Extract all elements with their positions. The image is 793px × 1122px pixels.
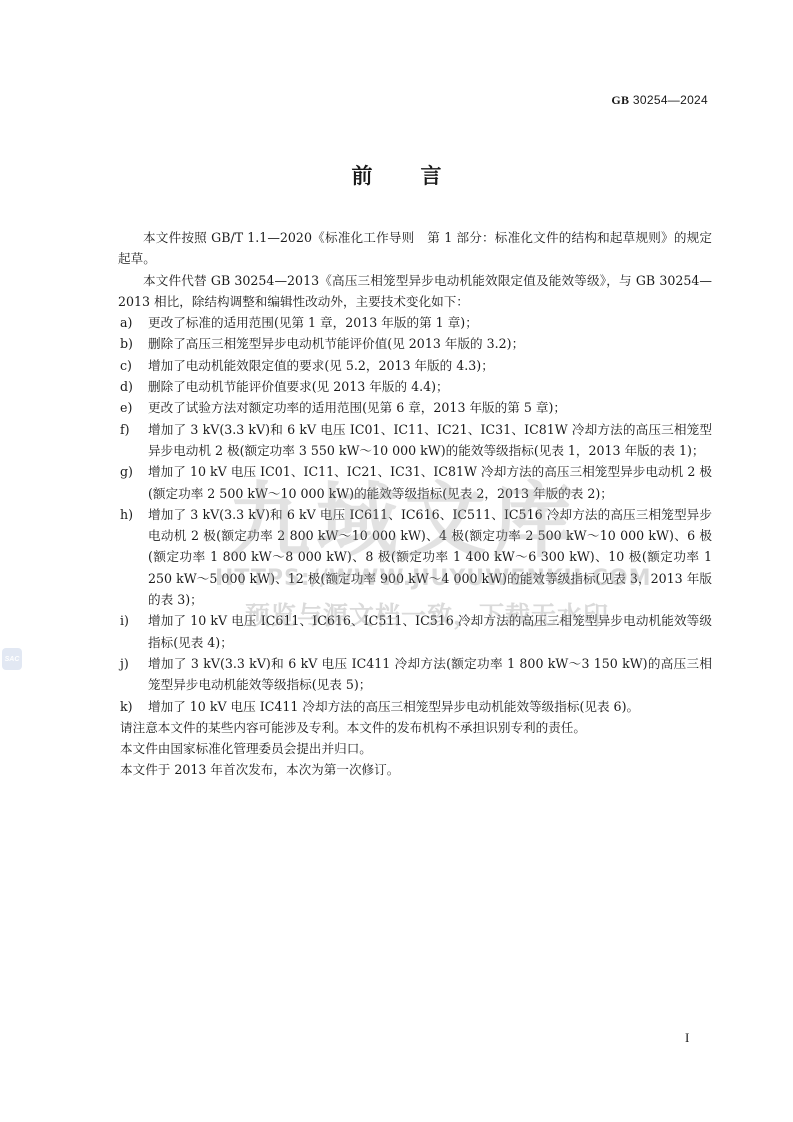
list-item: c) 增加了电动机能效限定值的要求(见 5.2，2013 年版的 4.3)； — [118, 355, 712, 376]
list-item: d) 删除了电动机节能评价值要求(见 2013 年版的 4.4)； — [118, 376, 712, 397]
standard-prefix: GB — [611, 93, 629, 107]
standard-number: 30254—2024 — [633, 93, 708, 107]
list-item: h) 增加了 3 kV(3.3 kV)和 6 kV 电压 IC611、IC616… — [118, 504, 712, 610]
proposer-statement: 本文件由国家标准化管理委员会提出并归口。 — [118, 738, 712, 759]
list-item: i) 增加了 10 kV 电压 IC611、IC616、IC511、IC516 … — [118, 610, 712, 653]
list-text: 增加了 10 kV 电压 IC611、IC616、IC511、IC516 冷却方… — [148, 610, 712, 653]
sac-logo-icon: SAC — [2, 648, 22, 670]
publication-history: 本文件于 2013 年首次发布，本次为第一次修订。 — [118, 759, 712, 780]
list-item: j) 增加了 3 kV(3.3 kV)和 6 kV 电压 IC411 冷却方法(… — [118, 653, 712, 696]
list-marker: d) — [118, 376, 148, 397]
patent-notice: 请注意本文件的某些内容可能涉及专利。本文件的发布机构不承担识别专利的责任。 — [118, 717, 712, 738]
list-marker: i) — [118, 610, 148, 653]
page-number: I — [685, 1030, 689, 1046]
standard-number-header: GB 30254—2024 — [611, 93, 708, 108]
list-item: g) 增加了 10 kV 电压 IC01、IC11、IC21、IC31、IC81… — [118, 461, 712, 504]
list-marker: c) — [118, 355, 148, 376]
list-text: 增加了电动机能效限定值的要求(见 5.2，2013 年版的 4.3)； — [148, 355, 712, 376]
list-marker: f) — [118, 419, 148, 462]
list-item: k) 增加了 10 kV 电压 IC411 冷却方法的高压三相笼型异步电动机能效… — [118, 696, 712, 717]
list-text: 增加了 10 kV 电压 IC411 冷却方法的高压三相笼型异步电动机能效等级指… — [148, 696, 712, 717]
changes-list: a) 更改了标准的适用范围(见第 1 章，2013 年版的第 1 章)； b) … — [118, 312, 712, 717]
list-marker: a) — [118, 312, 148, 333]
list-item: e) 更改了试验方法对额定功率的适用范围(见第 6 章，2013 年版的第 5 … — [118, 397, 712, 418]
list-item: b) 删除了高压三相笼型异步电动机节能评价值(见 2013 年版的 3.2)； — [118, 333, 712, 354]
list-text: 增加了 3 kV(3.3 kV)和 6 kV 电压 IC411 冷却方法(额定功… — [148, 653, 712, 696]
list-text: 增加了 3 kV(3.3 kV)和 6 kV 电压 IC01、IC11、IC21… — [148, 419, 712, 462]
list-text: 删除了高压三相笼型异步电动机节能评价值(见 2013 年版的 3.2)； — [148, 333, 712, 354]
list-marker: j) — [118, 653, 148, 696]
list-text: 更改了试验方法对额定功率的适用范围(见第 6 章，2013 年版的第 5 章)； — [148, 397, 712, 418]
intro-paragraph-drafting: 本文件按照 GB/T 1.1—2020《标准化工作导则 第 1 部分：标准化文件… — [118, 227, 712, 270]
foreword-body: 本文件按照 GB/T 1.1—2020《标准化工作导则 第 1 部分：标准化文件… — [118, 227, 712, 781]
list-marker: b) — [118, 333, 148, 354]
list-marker: e) — [118, 397, 148, 418]
list-item: f) 增加了 3 kV(3.3 kV)和 6 kV 电压 IC01、IC11、I… — [118, 419, 712, 462]
list-text: 增加了 10 kV 电压 IC01、IC11、IC21、IC31、IC81W 冷… — [148, 461, 712, 504]
list-text: 删除了电动机节能评价值要求(见 2013 年版的 4.4)； — [148, 376, 712, 397]
page-title: 前言 — [0, 160, 793, 190]
list-marker: k) — [118, 696, 148, 717]
list-marker: g) — [118, 461, 148, 504]
list-text: 增加了 3 kV(3.3 kV)和 6 kV 电压 IC611、IC616、IC… — [148, 504, 712, 610]
list-marker: h) — [118, 504, 148, 610]
list-item: a) 更改了标准的适用范围(见第 1 章，2013 年版的第 1 章)； — [118, 312, 712, 333]
list-text: 更改了标准的适用范围(见第 1 章，2013 年版的第 1 章)； — [148, 312, 712, 333]
intro-paragraph-replaces: 本文件代替 GB 30254—2013《高压三相笼型异步电动机能效限定值及能效等… — [118, 270, 712, 313]
